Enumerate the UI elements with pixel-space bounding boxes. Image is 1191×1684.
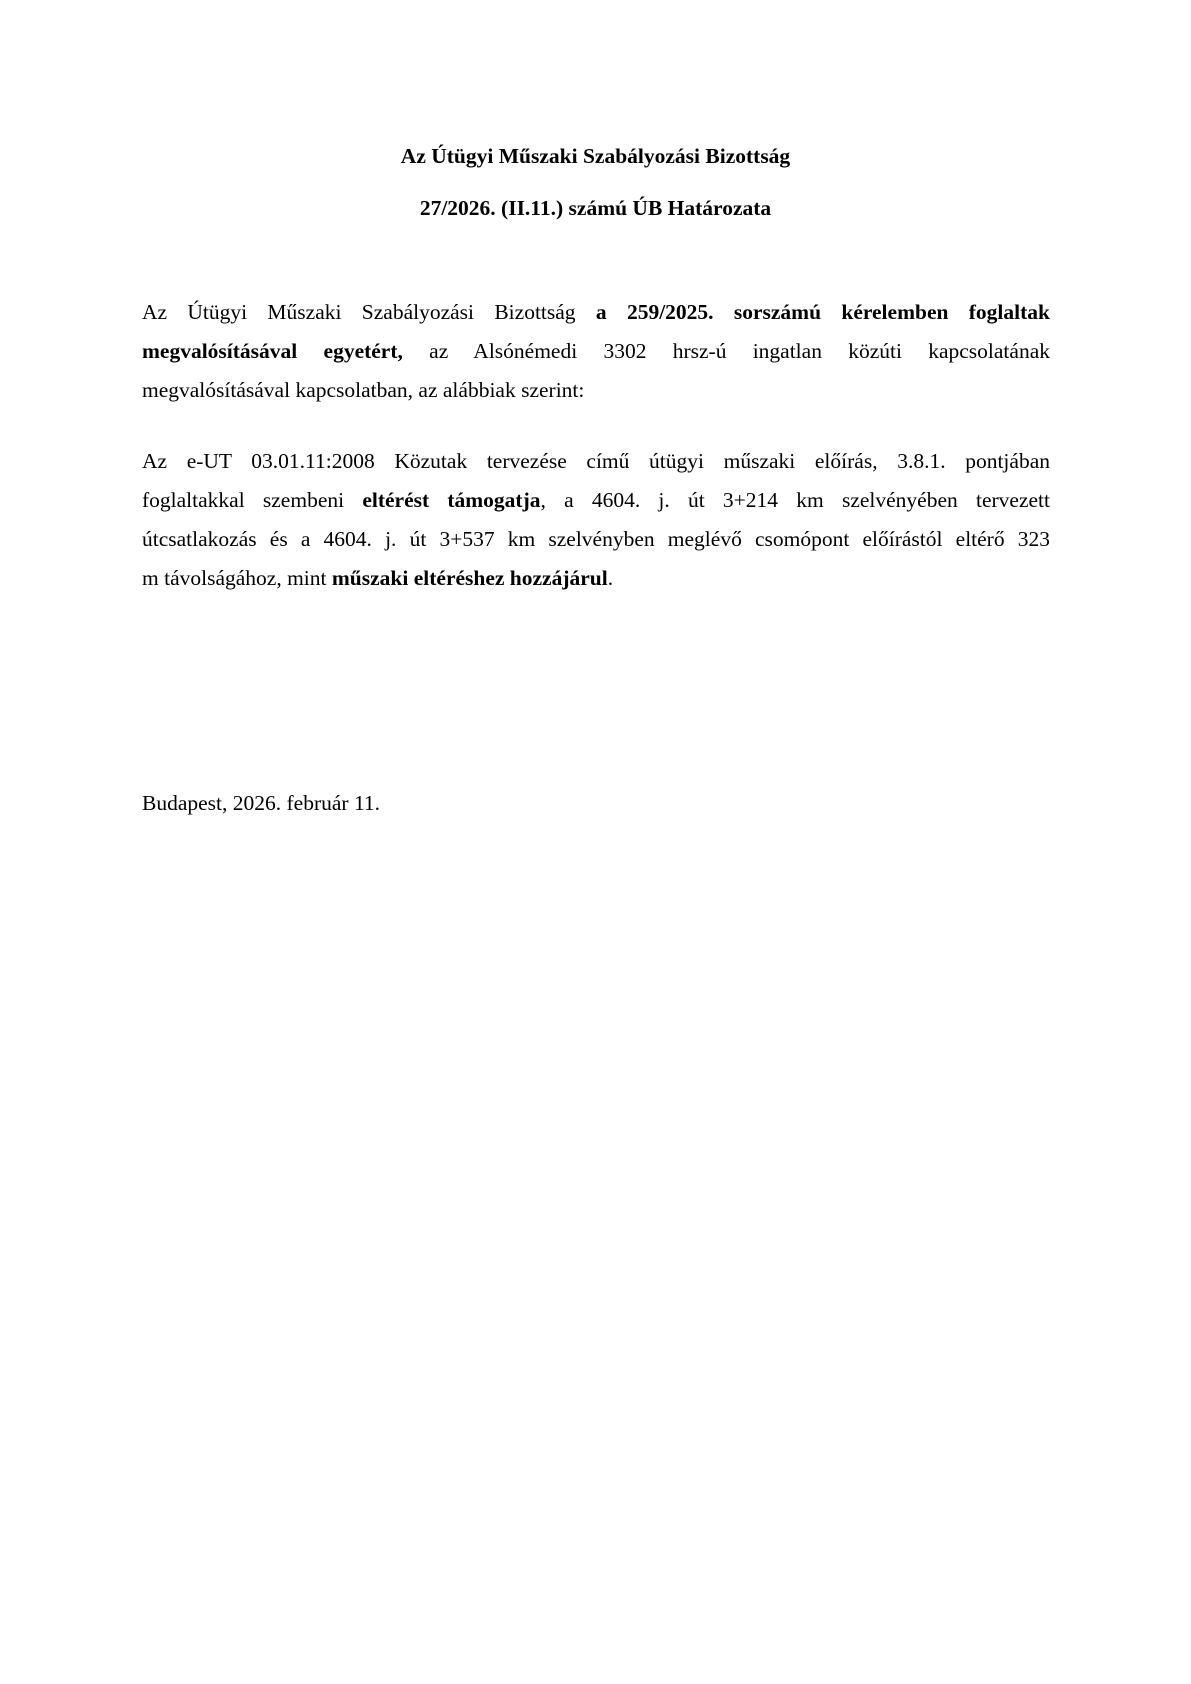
emphasized-text: megvalósításával egyetért, <box>142 339 403 363</box>
paragraph-line: megvalósításával kapcsolatban, az alábbi… <box>142 371 1050 410</box>
body-text: Az e-UT 03.01.11:2008 Közutak tervezése … <box>142 449 1050 473</box>
emphasized-text: eltérést támogatja <box>362 488 540 512</box>
body-text: foglaltakkal szembeni <box>142 488 362 512</box>
document-title-committee: Az Útügyi Műszaki Szabályozási Bizottság <box>0 143 1191 169</box>
paragraph-line: Az e-UT 03.01.11:2008 Közutak tervezése … <box>142 442 1050 481</box>
body-text: az Alsónémedi 3302 hrsz-ú ingatlan közút… <box>403 339 1050 363</box>
body-text: . <box>608 566 613 590</box>
place-and-date: Budapest, 2026. február 11. <box>142 784 380 823</box>
paragraph-decision: Az Útügyi Műszaki Szabályozási Bizottság… <box>142 293 1050 410</box>
paragraph-line: útcsatlakozás és a 4604. j. út 3+537 km … <box>142 520 1050 559</box>
body-text: megvalósításával kapcsolatban, az alábbi… <box>142 378 584 402</box>
emphasized-text: a 259/2025. sorszámú kérelemben foglalta… <box>596 300 1050 324</box>
document-title-resolution-number: 27/2026. (II.11.) számú ÚB Határozata <box>0 195 1191 221</box>
emphasized-text: műszaki eltéréshez hozzájárul <box>332 566 608 590</box>
paragraph-deviation-support: Az e-UT 03.01.11:2008 Közutak tervezése … <box>142 442 1050 598</box>
body-text: m távolságához, mint <box>142 566 332 590</box>
document-page: Az Útügyi Műszaki Szabályozási Bizottság… <box>0 0 1191 1684</box>
paragraph-line: foglaltakkal szembeni eltérést támogatja… <box>142 481 1050 520</box>
paragraph-line: Az Útügyi Műszaki Szabályozási Bizottság… <box>142 293 1050 332</box>
paragraph-line: m távolságához, mint műszaki eltéréshez … <box>142 559 1050 598</box>
body-text: útcsatlakozás és a 4604. j. út 3+537 km … <box>142 527 1050 551</box>
paragraph-line: megvalósításával egyetért, az Alsónémedi… <box>142 332 1050 371</box>
body-text: , a 4604. j. út 3+214 km szelvényében te… <box>541 488 1050 512</box>
body-text: Az Útügyi Műszaki Szabályozási Bizottság <box>142 300 596 324</box>
